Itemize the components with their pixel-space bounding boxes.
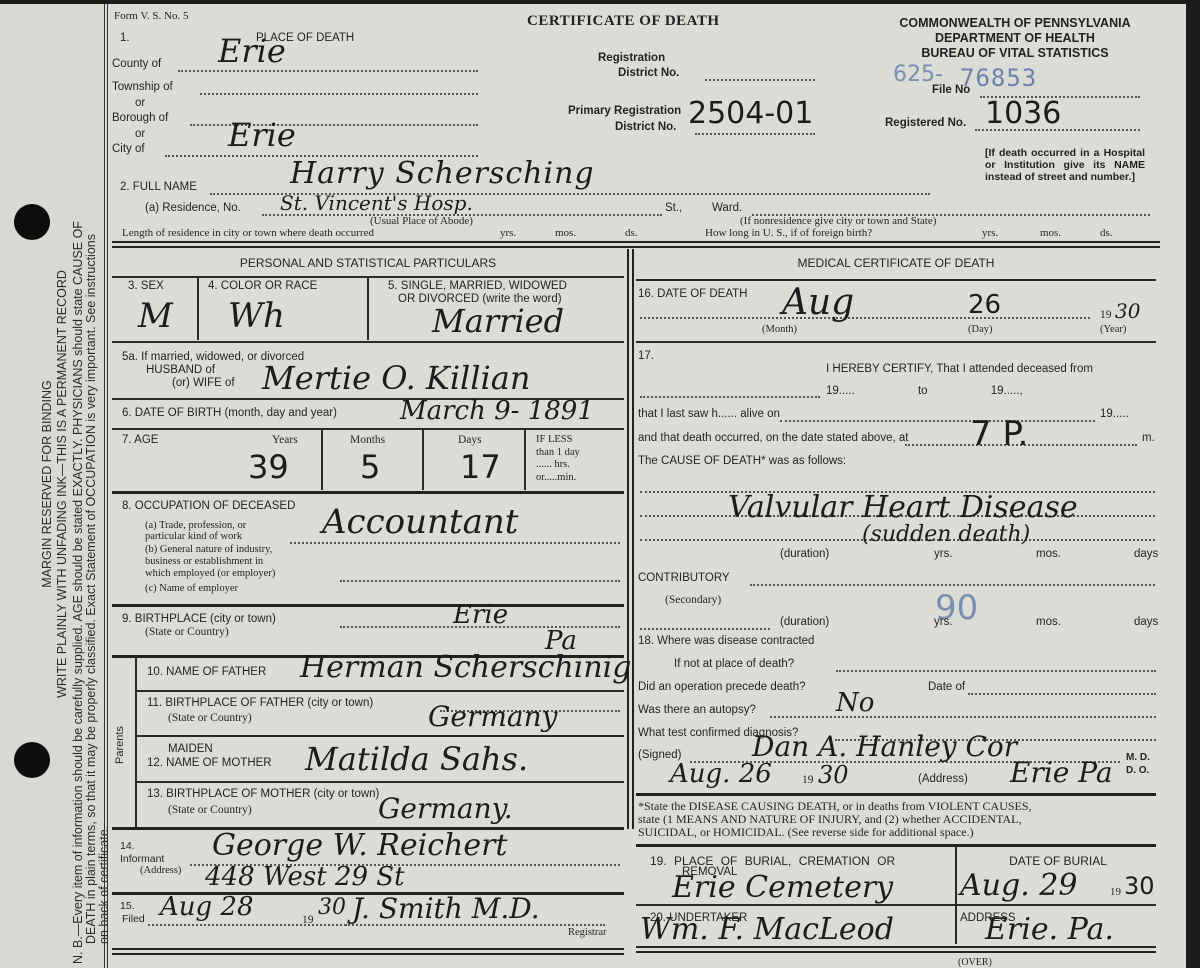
occupation-a-label: (a) Trade, profession, or — [145, 520, 246, 531]
yrs-label: yrs. — [500, 227, 516, 239]
birthplace-sublabel: (State or Country) — [145, 626, 229, 638]
mos-label: mos. — [555, 227, 576, 239]
less-than-day-note: IF LESS than 1 day ...... hrs. or.....mi… — [536, 434, 580, 484]
date-of-burial-label: DATE OF BURIAL — [960, 854, 1156, 868]
husband-of-label: HUSBAND of — [146, 364, 215, 376]
father-birthplace-value: Germany — [428, 700, 557, 733]
registration-label: Registration — [598, 52, 665, 64]
residence-value: St. Vincent's Hosp. — [280, 191, 473, 215]
informant-label: Informant — [120, 853, 164, 865]
less-line: than 1 day — [536, 447, 580, 460]
wife-of-label: (or) WIFE of — [172, 377, 235, 389]
spouse-value: Mertie O. Killian — [262, 359, 530, 397]
marital-status-value: Married — [432, 302, 564, 340]
dob-label-text: 6. DATE OF BIRTH (month, day and year) — [122, 407, 337, 419]
county-label: County of — [112, 58, 161, 70]
occupation-b-label: (b) General nature of industry, — [145, 544, 272, 555]
dob-value: March 9- 1891 — [400, 396, 594, 426]
father-name-label: 10. NAME OF FATHER — [147, 666, 266, 678]
duration-label: (duration) — [780, 548, 829, 560]
informant-name-value: George W. Reichert — [212, 828, 508, 863]
md-label: M. D. — [1126, 752, 1150, 763]
mos-label: mos. — [1040, 227, 1061, 239]
burial-year-value: 30 — [1124, 872, 1155, 900]
registrar-label: Registrar — [568, 927, 607, 938]
less-line: or.....min. — [536, 472, 580, 485]
death-month-value: Aug — [782, 282, 854, 323]
operation-date-label: Date of — [928, 681, 965, 693]
item-17-number: 17. — [638, 350, 654, 362]
agency-line-1: COMMONWEALTH OF PENNSYLVANIA — [880, 16, 1150, 31]
death-century: 19 — [1100, 309, 1112, 321]
signed-year-value: 30 — [818, 761, 849, 789]
over-note: (OVER) — [958, 957, 992, 968]
dob-label: 6. DATE OF BIRTH (month, day and year) — [122, 407, 337, 419]
death-time-label: and that death occurred, on the date sta… — [638, 432, 908, 444]
contributory-label: CONTRIBUTORY — [638, 572, 730, 584]
parents-label: Parents — [114, 726, 126, 764]
less-line: ...... hrs. — [536, 459, 580, 472]
signed-century: 19 — [802, 774, 814, 786]
signed-date-value: Aug. 26 — [670, 759, 772, 789]
filed-label: Filed — [122, 913, 145, 925]
certificate-title: CERTIFICATE OF DEATH — [527, 13, 720, 30]
father-name-value: Herman Scherschinig — [300, 650, 631, 685]
father-birthplace-sublabel: (State or Country) — [168, 712, 252, 724]
item-15-number: 15. — [120, 900, 135, 912]
primary-district-value: 2504-01 — [688, 96, 813, 131]
occupation-a-sublabel: particular kind of work — [145, 531, 242, 542]
full-name-label: 2. FULL NAME — [120, 181, 197, 193]
physician-signature: Dan A. Hanley Cor — [752, 730, 1017, 763]
birthplace-label: 9. BIRTHPLACE (city or town) — [122, 613, 276, 625]
item-1-number: 1. — [120, 32, 130, 44]
last-saw-label: that I last saw h...... alive on — [638, 408, 780, 420]
secondary-label: (Secondary) — [665, 594, 721, 606]
autopsy-label: Was there an autopsy? — [638, 704, 756, 716]
employer-name-label: (c) Name of employer — [145, 583, 238, 594]
informant-address-value: 448 West 29 St — [205, 862, 405, 892]
cause-of-death-note: (sudden death) — [862, 522, 1030, 547]
filed-century: 19 — [302, 914, 314, 926]
registered-number-label: Registered No. — [885, 117, 966, 129]
date-of-death-label: 16. DATE OF DEATH — [638, 288, 747, 300]
physician-address-value: Erie Pa — [1010, 756, 1113, 789]
residence-label: (a) Residence, No. — [145, 202, 241, 214]
days-label: Days — [458, 434, 482, 446]
column-divider — [627, 249, 634, 829]
hospital-note: [If death occurred in a Hospital or Inst… — [985, 147, 1145, 183]
mother-birthplace-value: Germany. — [378, 792, 513, 825]
occupation-label: 8. OCCUPATION OF DECEASED — [122, 500, 295, 512]
ds-label: ds. — [1100, 227, 1113, 239]
medical-section-title: MEDICAL CERTIFICATE OF DEATH — [636, 256, 1156, 270]
binding-margin: MARGIN RESERVED FOR BINDING WRITE PLAINL… — [0, 4, 104, 968]
personal-section-title: PERSONAL AND STATISTICAL PARTICULARS — [112, 256, 624, 270]
race-label: 4. COLOR OR RACE — [208, 280, 317, 292]
days-label: days — [1134, 548, 1158, 560]
file-number-label: File No — [932, 84, 970, 96]
autopsy-value: No — [836, 688, 874, 718]
attended-dates: 19..... to 19....., — [826, 385, 1023, 397]
meridiem-label: m. — [1142, 432, 1155, 444]
violent-causes-footnote: *State the DISEASE CAUSING DEATH, or in … — [638, 800, 1032, 839]
age-label: 7. AGE — [122, 434, 158, 446]
day-note: (Day) — [968, 324, 993, 335]
burial-date-value: Aug. 29 — [960, 868, 1077, 903]
age-months-value: 5 — [360, 448, 380, 486]
or-text: or — [135, 128, 145, 140]
primary-district-label: District No. — [615, 121, 676, 133]
section-divider — [112, 241, 1160, 248]
form-number: Form V. S. No. 5 — [114, 10, 188, 22]
footnote-line: SUICIDAL, or HOMICIDAL. (See reverse sid… — [638, 826, 1032, 839]
ward-label: Ward. — [712, 202, 742, 214]
agency-line-3: BUREAU OF VITAL STATISTICS — [880, 46, 1150, 61]
filed-year-value: 30 — [318, 895, 346, 920]
if-not-place-of-death-label: If not at place of death? — [674, 658, 794, 670]
certify-statement: I HEREBY CERTIFY, That I attended deceas… — [826, 363, 1093, 375]
registered-number-value: 1036 — [985, 96, 1061, 131]
cause-of-death-value: Valvular Heart Disease — [728, 490, 1078, 525]
registrar-signature: J. Smith M.D. — [352, 892, 540, 925]
cause-of-death-label: The CAUSE OF DEATH* was as follows: — [638, 455, 846, 467]
sex-label: 3. SEX — [128, 280, 164, 292]
race-value: Wh — [228, 296, 285, 336]
write-plainly-text: WRITE PLAINLY WITH UNFADING INK—THIS IS … — [55, 4, 70, 964]
full-name-value: Harry Schersching — [290, 156, 595, 191]
burial-century: 19 — [1110, 886, 1121, 898]
month-note: (Month) — [762, 324, 797, 335]
county-value: Erie — [218, 32, 286, 70]
occupation-b-line3: which employed (or employer) — [145, 568, 275, 579]
informant-address-label: (Address) — [140, 865, 181, 876]
borough-label: Borough of — [112, 112, 168, 124]
mother-name-value: Matilda Sahs. — [305, 740, 528, 778]
age-years-value: 39 — [248, 448, 289, 486]
where-contracted-label: 18. Where was disease contracted — [638, 635, 814, 647]
occupation-b-line2: business or establishment in — [145, 556, 263, 567]
undertaker-address-value: Erie. Pa. — [985, 912, 1114, 947]
mother-birthplace-label: 13. BIRTHPLACE OF MOTHER (city or town) — [147, 788, 379, 800]
months-label: Months — [350, 434, 385, 446]
mos-label: mos. — [1036, 548, 1061, 560]
mos-label: mos. — [1036, 616, 1061, 628]
primary-registration-label: Primary Registration — [568, 105, 681, 117]
undertaker-value: Wm. F. MacLeod — [640, 912, 894, 947]
father-birthplace-label: 11. BIRTHPLACE OF FATHER (city or town) — [147, 697, 373, 709]
mother-birthplace-sublabel: (State or Country) — [168, 804, 252, 816]
less-line: IF LESS — [536, 434, 580, 447]
agency-header: COMMONWEALTH OF PENNSYLVANIA DEPARTMENT … — [880, 16, 1150, 61]
file-number-stamp: 76853 — [960, 64, 1037, 92]
city-value: Erie — [228, 116, 296, 154]
last-saw-century: 19..... — [1100, 408, 1129, 420]
operation-label: Did an operation precede death? — [638, 681, 806, 693]
physician-address-label: (Address) — [918, 773, 968, 785]
yrs-label: yrs. — [934, 548, 953, 560]
length-of-residence-label: Length of residence in city or town wher… — [122, 227, 374, 239]
mother-name-label: 12. NAME OF MOTHER — [147, 757, 272, 769]
certificate-page: MARGIN RESERVED FOR BINDING WRITE PLAINL… — [0, 4, 1186, 968]
duration-label: (duration) — [780, 616, 829, 628]
death-day-value: 26 — [968, 290, 1001, 320]
years-label: Years — [272, 434, 298, 446]
city-label: City of — [112, 143, 145, 155]
township-label: Township of — [112, 81, 173, 93]
filed-date-value: Aug 28 — [160, 892, 254, 922]
birthplace-city-value: Erie — [453, 600, 508, 630]
nonresidence-note: (If nonresidence give city or town and S… — [740, 215, 936, 227]
year-note: (Year) — [1100, 324, 1126, 335]
days-label: days — [1134, 616, 1158, 628]
sex-value: M — [138, 296, 173, 336]
abode-note: (Usual Place of Abode) — [370, 215, 473, 227]
age-days-value: 17 — [460, 448, 501, 486]
burial-place-value: Erie Cemetery — [672, 870, 893, 905]
death-time-value: 7 P. — [970, 414, 1028, 454]
registration-district-label: District No. — [618, 67, 679, 79]
death-year-value: 30 — [1115, 299, 1140, 323]
item-14-number: 14. — [120, 840, 135, 852]
marital-status-label: 5. SINGLE, MARRIED, WIDOWED — [388, 280, 567, 292]
do-label: D. O. — [1126, 765, 1149, 776]
maiden-label: MAIDEN — [168, 743, 213, 755]
street-label: St., — [665, 202, 682, 214]
ds-label: ds. — [625, 227, 638, 239]
agency-line-2: DEPARTMENT OF HEALTH — [880, 31, 1150, 46]
margin-reserved-text: MARGIN RESERVED FOR BINDING — [40, 4, 55, 964]
occupation-value: Accountant — [322, 502, 518, 542]
yrs-label: yrs. — [934, 616, 953, 628]
how-long-in-us-label: How long in U. S., if of foreign birth? — [705, 227, 872, 239]
or-text: or — [135, 97, 145, 109]
yrs-label: yrs. — [982, 227, 998, 239]
